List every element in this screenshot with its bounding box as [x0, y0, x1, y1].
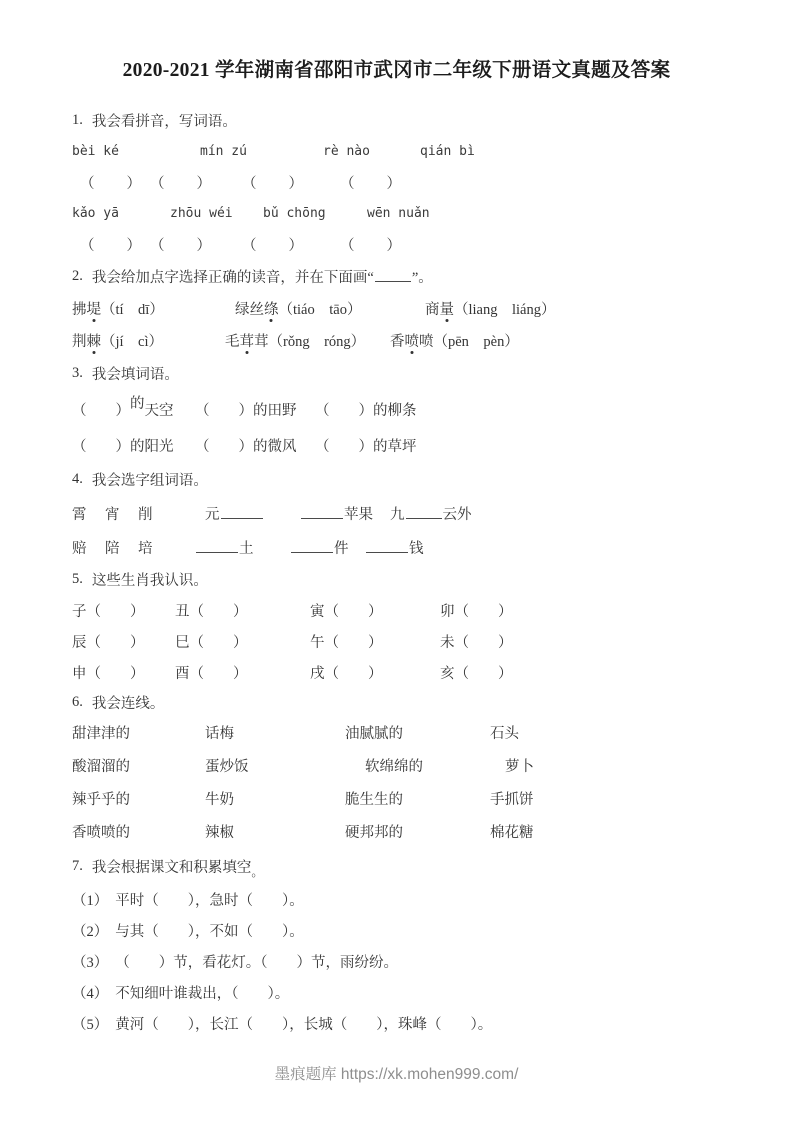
word-pre: 毛 [225, 334, 240, 350]
fill-word-item: （ ）的草坪 [315, 435, 793, 456]
question-number: 3. [72, 365, 83, 382]
zodiac-item: 寅（ ） [310, 600, 440, 621]
question-title-text: 我会根据课文和积累填空 [92, 860, 252, 876]
site-watermark: 墨痕题库 https://xk.mohen999.com/ [0, 1062, 793, 1084]
candidate-char: 赔 [72, 537, 105, 558]
fill-item-5: （5） 黄河（ ），长江（ ），长城（ ），珠峰（ ）。 [0, 1008, 793, 1039]
answer-blank [366, 547, 408, 553]
question-number: 4. [72, 471, 83, 488]
item-text: （ ）节，看花灯。（ ）节，雨纷纷。 [115, 951, 793, 972]
fill-word-item: （ ）的柳条 [315, 399, 793, 420]
choose-char-row-1: 霄 宵 削 元 苹果 九云外 [0, 496, 793, 530]
word-rest: 喷（pēn pèn） [419, 334, 519, 350]
answer-bracket: （ ） [242, 172, 340, 193]
match-item: 油腻腻的 [345, 722, 490, 743]
zodiac-item: 子（ ） [72, 600, 175, 621]
fill-item-2: （2） 与其（ ），不如（ ）。 [0, 915, 793, 946]
fill-word-text: 天空 [145, 403, 174, 419]
question-6: 6. 我会连线。 甜津津的 话梅 油腻腻的 石头 酸溜溜的 蛋炒饭 软绵绵的 萝… [0, 688, 793, 848]
question-number: 2. [72, 268, 83, 285]
match-item: 酸溜溜的 [72, 755, 205, 776]
question-2: 2. 我会给加点字选择正确的读音，并在下面画“”。 拂堤（tí dī） 绿丝绦（… [0, 260, 793, 356]
page-title: 2020-2021 学年湖南省邵阳市武冈市二年级下册语文真题及答案 [0, 56, 793, 86]
blank-word-post: 件 [334, 541, 349, 557]
zodiac-item: 午（ ） [310, 631, 440, 652]
question-number: 1. [72, 112, 83, 129]
answer-bracket: （ ） [80, 234, 150, 255]
dotted-char: 喷 [405, 330, 420, 351]
question-1-header: 1. 我会看拼音，写词语。 [0, 104, 793, 136]
question-title: 我会看拼音，写词语。 [92, 110, 237, 131]
document-page: 2020-2021 学年湖南省邵阳市武冈市二年级下册语文真题及答案 1. 我会看… [0, 0, 793, 1122]
matching-row-3: 辣乎乎的 牛奶 脆生生的 手抓饼 [0, 782, 793, 815]
blank-word: 元 [205, 503, 300, 524]
answer-bracket: （ ） [80, 172, 150, 193]
answer-bracket: （ ） [340, 172, 793, 193]
zodiac-item: 未（ ） [440, 631, 793, 652]
match-item: 辣乎乎的 [72, 788, 205, 809]
word-pre: 绿丝 [235, 302, 264, 318]
question-title: 我会给加点字选择正确的读音，并在下面画“”。 [92, 266, 433, 287]
question-7: 7. 我会根据课文和积累填空。 （1） 平时（ ），急时（ ）。 （2） 与其（… [0, 848, 793, 1039]
word-pre: 香 [390, 334, 405, 350]
question-5: 5. 这些生肖我认识。 子（ ） 丑（ ） 寅（ ） 卯（ ） 辰（ ） 巳（ … [0, 564, 793, 688]
question-3: 3. 我会填词语。 （ ）的天空 （ ）的田野 （ ）的柳条 （ ）的阳光 （ … [0, 356, 793, 462]
blank-word: 件 [290, 537, 365, 558]
word-with-dot: 商量（liang liáng） [425, 298, 793, 319]
candidate-char: 削 [138, 503, 205, 524]
match-item: 硬邦邦的 [345, 821, 490, 842]
word-rest: 茸（rǒng róng） [254, 334, 365, 350]
raised-de-char: 的 [130, 396, 145, 412]
item-text: 黄河（ ），长江（ ），长城（ ），珠峰（ ）。 [115, 1013, 793, 1034]
question-title-text: ”。 [412, 270, 433, 286]
pinyin-item: rè nào [323, 144, 420, 159]
answer-bracket: （ ） [242, 234, 340, 255]
zodiac-item: 酉（ ） [175, 662, 310, 683]
zodiac-item: 巳（ ） [175, 631, 310, 652]
question-title-text: 我会给加点字选择正确的读音，并在下面画“ [92, 270, 374, 286]
blank-word: 钱 [365, 537, 793, 558]
blank-word-post: 钱 [409, 541, 424, 557]
word-rest: （liang liáng） [454, 302, 556, 318]
zodiac-item: 丑（ ） [175, 600, 310, 621]
fill-word-item: （ ）的田野 [195, 399, 315, 420]
pinyin-row-2: kǎo yā zhōu wéi bǔ chōng wēn nuǎn [0, 198, 793, 229]
answer-blank [406, 513, 442, 519]
word-pre: 荆 [72, 334, 87, 350]
candidate-char: 宵 [105, 503, 138, 524]
match-item: 手抓饼 [490, 788, 793, 809]
period-mark: 。 [251, 865, 263, 879]
pinyin-row-1: bèi ké mín zú rè nào qián bì [0, 136, 793, 167]
candidate-char: 霄 [72, 503, 105, 524]
fill-word-item: （ ）的阳光 [72, 435, 195, 456]
dotted-char: 茸 [240, 330, 255, 351]
blank-word-pre: 元 [205, 507, 220, 523]
blank-word-post: 土 [239, 541, 254, 557]
pinyin-item: zhōu wéi [170, 206, 263, 221]
item-text: 平时（ ），急时（ ）。 [115, 889, 793, 910]
item-number: （4） [72, 982, 108, 1003]
zodiac-item: 戌（ ） [310, 662, 440, 683]
fill-word-row-1: （ ）的天空 （ ）的田野 （ ）的柳条 [0, 390, 793, 428]
document-content: 2020-2021 学年湖南省邵阳市武冈市二年级下册语文真题及答案 1. 我会看… [0, 0, 793, 1039]
blank-word: 土 [195, 537, 290, 558]
match-item: 萝卜 [505, 755, 793, 776]
pinyin-item: bǔ chōng [263, 206, 367, 221]
answer-bracket: （ ） [150, 234, 242, 255]
fill-item-1: （1） 平时（ ），急时（ ）。 [0, 884, 793, 915]
pinyin-item: wēn nuǎn [367, 206, 793, 221]
match-item: 辣椒 [205, 821, 345, 842]
answer-blank [196, 547, 238, 553]
dotted-char: 堤 [87, 298, 102, 319]
dotted-char: 棘 [87, 330, 102, 351]
answer-bracket: （ ） [340, 234, 793, 255]
item-number: （1） [72, 889, 108, 910]
pinyin-item: qián bì [420, 144, 793, 159]
fill-item-4: （4） 不知细叶谁裁出，（ ）。 [0, 977, 793, 1008]
question-3-header: 3. 我会填词语。 [0, 356, 793, 390]
question-number: 7. [72, 858, 83, 875]
answer-bracket: （ ） [150, 172, 242, 193]
blank-word-post: 苹果 [344, 507, 373, 523]
word-with-dot: 拂堤（tí dī） [72, 298, 235, 319]
blank-word-pre: 九 [390, 507, 405, 523]
item-text: 与其（ ），不如（ ）。 [115, 920, 793, 941]
zodiac-row-3: 申（ ） 酉（ ） 戌（ ） 亥（ ） [0, 657, 793, 688]
pinyin-item: kǎo yā [72, 206, 170, 221]
question-4-header: 4. 我会选字组词语。 [0, 462, 793, 496]
match-item: 脆生生的 [345, 788, 490, 809]
answer-blank [375, 276, 411, 282]
fill-item-3: （3） （ ）节，看花灯。（ ）节，雨纷纷。 [0, 946, 793, 977]
word-with-dot: 绿丝绦（tiáo tāo） [235, 298, 425, 319]
item-number: （5） [72, 1013, 108, 1034]
fill-word-row-2: （ ）的阳光 （ ）的微风 （ ）的草坪 [0, 428, 793, 462]
answer-bracket: （ ） [72, 403, 130, 419]
question-7-header: 7. 我会根据课文和积累填空。 [0, 848, 793, 884]
question-title: 这些生肖我认识。 [92, 569, 208, 590]
word-rest: （jí cì） [101, 334, 163, 350]
candidate-char: 陪 [105, 537, 138, 558]
reading-choice-row-1: 拂堤（tí dī） 绿丝绦（tiáo tāo） 商量（liang liáng） [0, 292, 793, 324]
match-item: 石头 [490, 722, 793, 743]
question-number: 6. [72, 694, 83, 711]
question-5-header: 5. 这些生肖我认识。 [0, 564, 793, 595]
match-item: 牛奶 [205, 788, 345, 809]
blank-word: 九云外 [390, 503, 793, 524]
question-2-header: 2. 我会给加点字选择正确的读音，并在下面画“”。 [0, 260, 793, 292]
zodiac-item: 辰（ ） [72, 631, 175, 652]
choose-char-row-2: 赔 陪 培 土 件 钱 [0, 530, 793, 564]
match-item: 话梅 [205, 722, 345, 743]
match-item: 甜津津的 [72, 722, 205, 743]
zodiac-item: 亥（ ） [440, 662, 793, 683]
dotted-char: 绦 [264, 298, 279, 319]
blank-word-post: 云外 [443, 507, 472, 523]
question-4: 4. 我会选字组词语。 霄 宵 削 元 苹果 九云外 赔 陪 培 土 件 钱 [0, 462, 793, 564]
word-pre: 商 [425, 302, 440, 318]
answer-blank [301, 513, 343, 519]
question-title: 我会根据课文和积累填空。 [92, 856, 264, 877]
question-title: 我会选字组词语。 [92, 469, 208, 490]
word-rest: （tiáo tāo） [279, 302, 362, 318]
reading-choice-row-2: 荆棘（jí cì） 毛茸茸（rǒng róng） 香喷喷（pēn pèn） [0, 324, 793, 356]
zodiac-item: 卯（ ） [440, 600, 793, 621]
blank-word: 苹果 [300, 503, 390, 524]
fill-word-item: （ ）的天空 [72, 399, 195, 420]
matching-row-1: 甜津津的 话梅 油腻腻的 石头 [0, 716, 793, 749]
zodiac-row-1: 子（ ） 丑（ ） 寅（ ） 卯（ ） [0, 595, 793, 626]
pinyin-item: bèi ké [72, 144, 200, 159]
answer-bracket-row-1: （ ） （ ） （ ） （ ） [0, 167, 793, 198]
match-item: 香喷喷的 [72, 821, 205, 842]
candidate-char: 培 [138, 537, 195, 558]
pinyin-item: mín zú [200, 144, 323, 159]
matching-row-4: 香喷喷的 辣椒 硬邦邦的 棉花糖 [0, 815, 793, 848]
question-title: 我会连线。 [92, 692, 165, 713]
word-with-dot: 毛茸茸（rǒng róng） [225, 330, 390, 351]
answer-blank [221, 513, 263, 519]
word-with-dot: 荆棘（jí cì） [72, 330, 225, 351]
question-number: 5. [72, 571, 83, 588]
item-number: （2） [72, 920, 108, 941]
word-rest: （tí dī） [101, 302, 164, 318]
answer-blank [291, 547, 333, 553]
match-item: 蛋炒饭 [205, 755, 365, 776]
word-with-dot: 香喷喷（pēn pèn） [390, 330, 793, 351]
dotted-char: 量 [440, 298, 455, 319]
item-text: 不知细叶谁裁出，（ ）。 [115, 982, 793, 1003]
question-1: 1. 我会看拼音，写词语。 bèi ké mín zú rè nào qián … [0, 104, 793, 260]
question-6-header: 6. 我会连线。 [0, 688, 793, 716]
item-number: （3） [72, 951, 108, 972]
matching-row-2: 酸溜溜的 蛋炒饭 软绵绵的 萝卜 [0, 749, 793, 782]
answer-bracket-row-2: （ ） （ ） （ ） （ ） [0, 229, 793, 260]
zodiac-row-2: 辰（ ） 巳（ ） 午（ ） 未（ ） [0, 626, 793, 657]
match-item: 软绵绵的 [365, 755, 505, 776]
zodiac-item: 申（ ） [72, 662, 175, 683]
fill-word-item: （ ）的微风 [195, 435, 315, 456]
match-item: 棉花糖 [490, 821, 793, 842]
word-pre: 拂 [72, 302, 87, 318]
question-title: 我会填词语。 [92, 363, 179, 384]
